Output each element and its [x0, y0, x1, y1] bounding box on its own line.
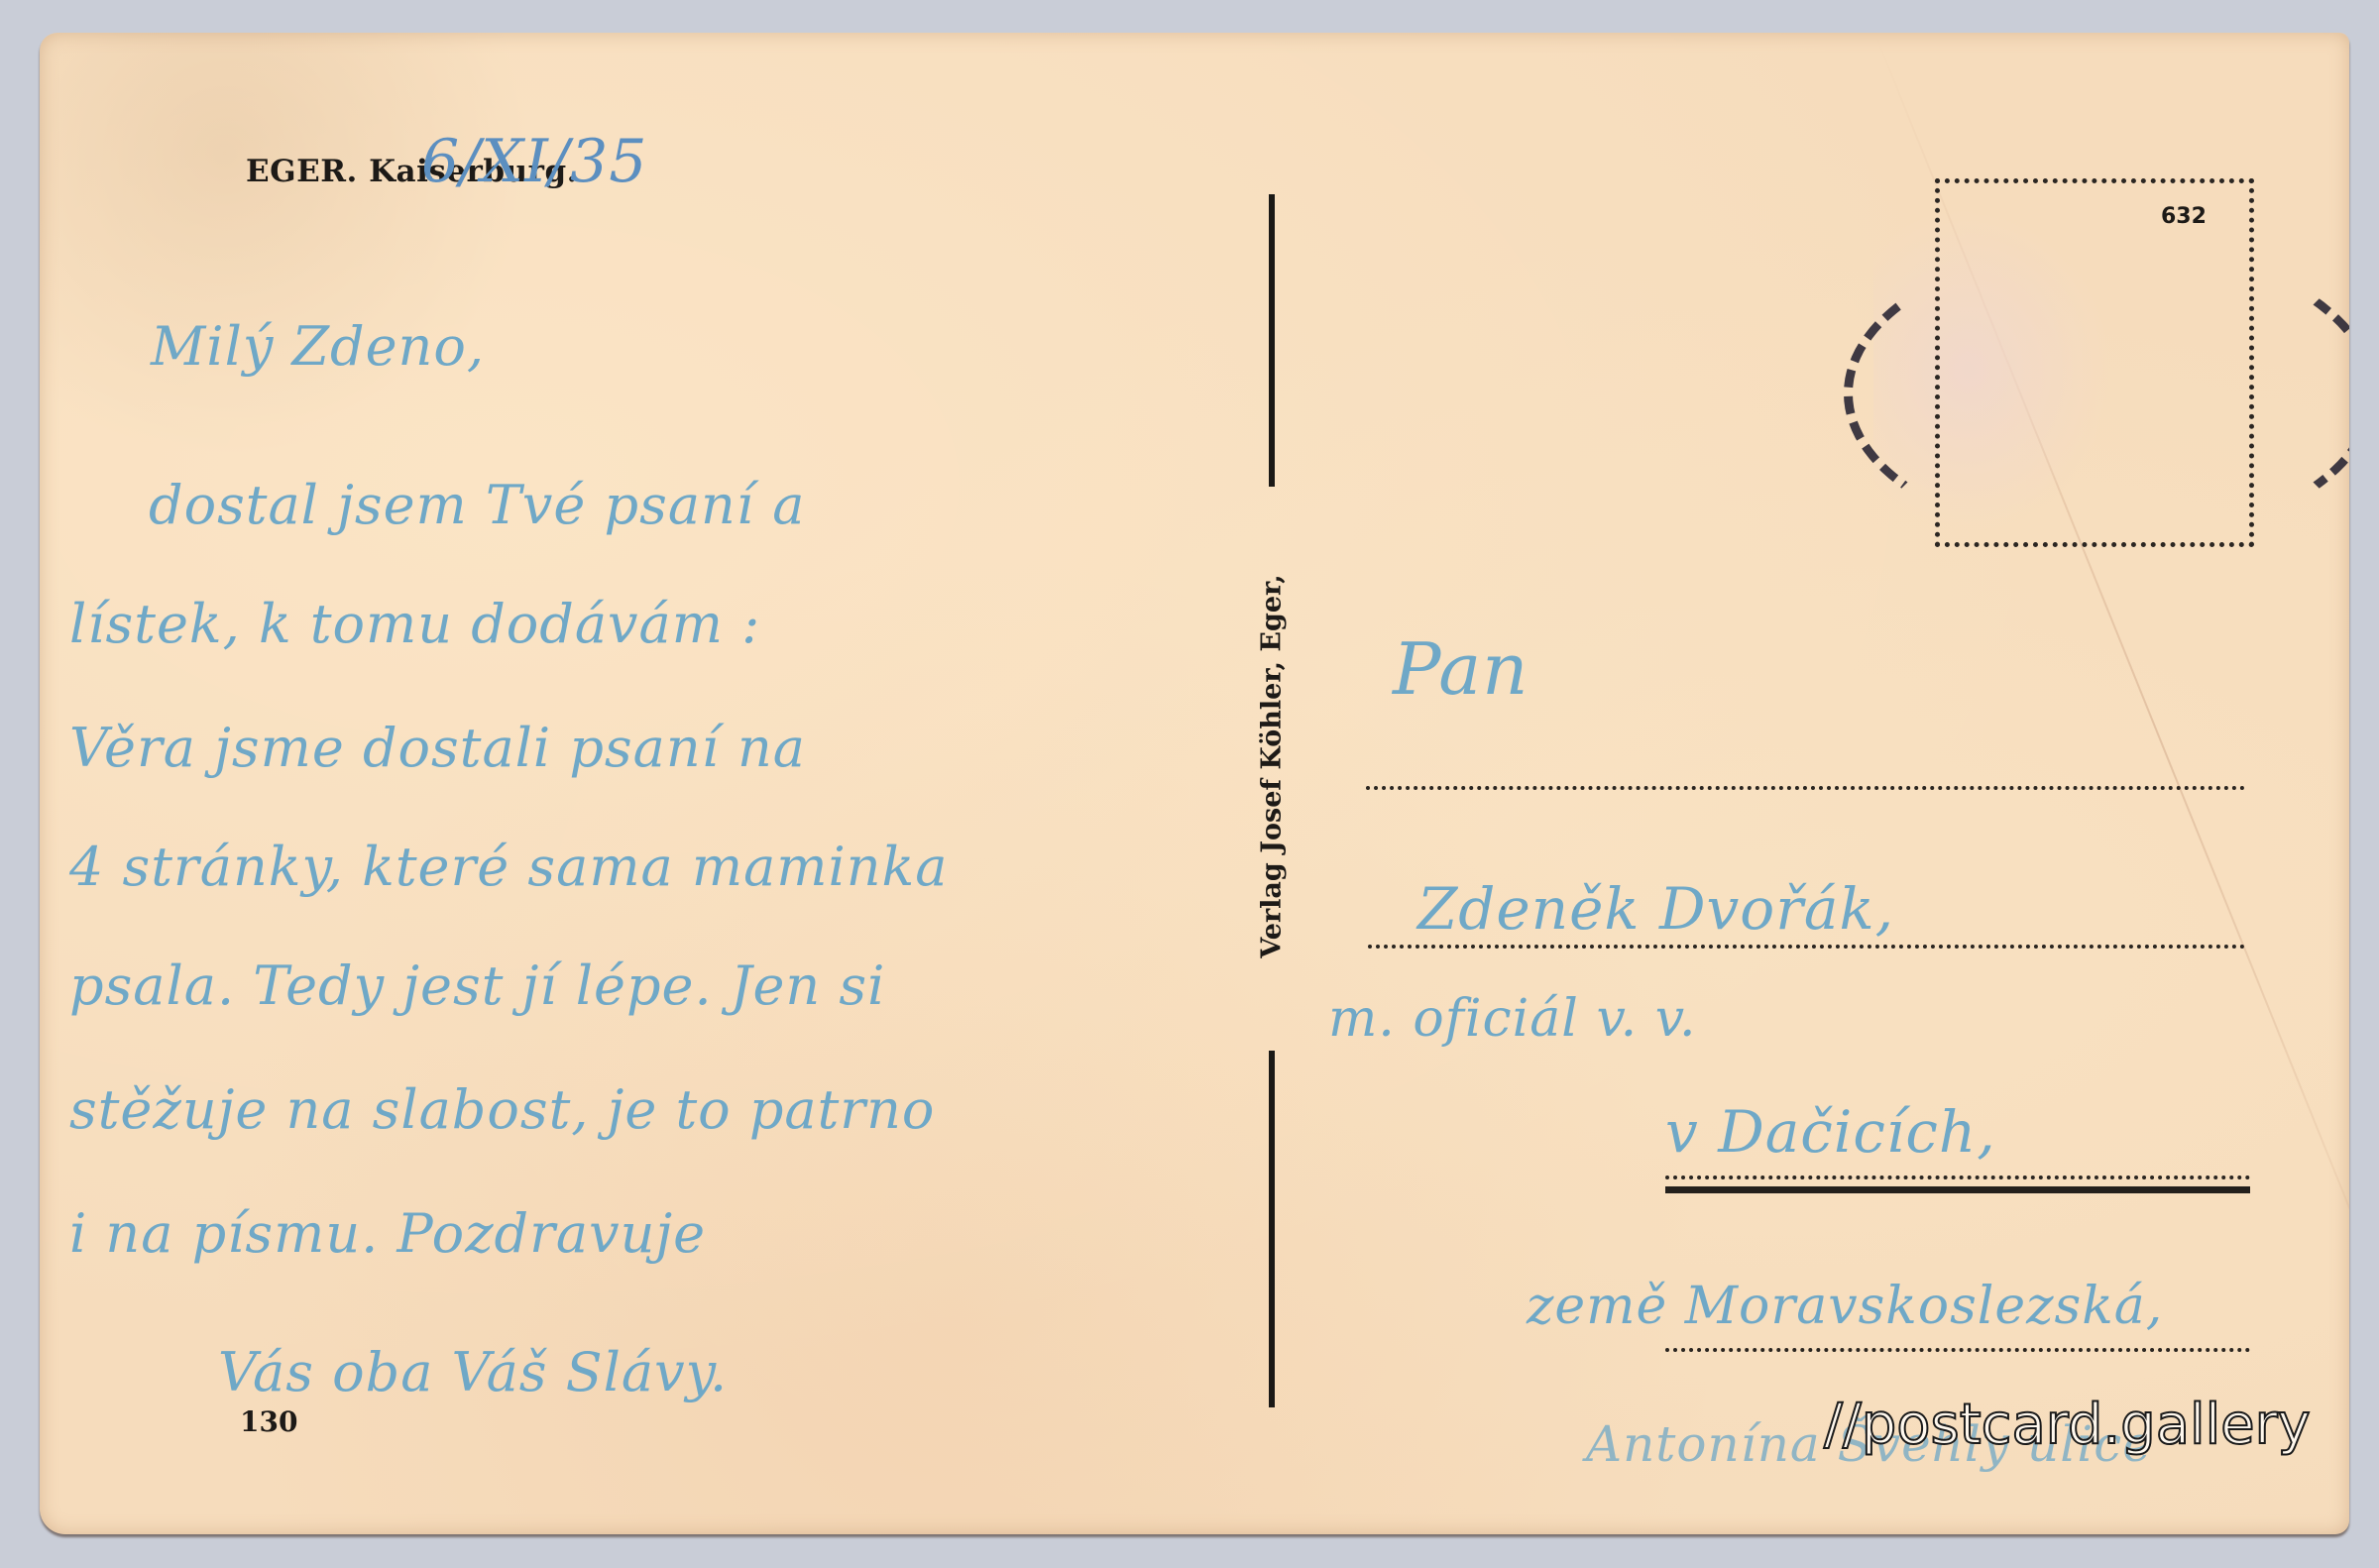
message-line: Milý Zdeno, [151, 315, 485, 378]
publisher-imprint: Verlag Josef Köhler, Eger, [1257, 574, 1288, 957]
stamp-box-number: 632 [2161, 204, 2207, 229]
handwritten-date: 6/XI/35 [421, 127, 647, 196]
address-rule [1368, 945, 2245, 949]
message-line: stěžuje na slabost, je to patrno [69, 1078, 935, 1141]
message-line: dostal jsem Tvé psaní a [149, 474, 805, 536]
address-line: Zdeněk Dvořák, [1417, 875, 1894, 943]
message-line: Věra jsme dostali psaní na [69, 717, 806, 779]
address-line: země Moravskoslezská, [1527, 1277, 2163, 1336]
message-line: lístek, k tomu dodávám : [69, 593, 760, 655]
message-line: i na písmu. Pozdravuje [69, 1202, 706, 1265]
watermark-text: //postcard.gallery [1824, 1393, 2311, 1457]
address-rule [1665, 1348, 2250, 1352]
stamp-box [1935, 178, 2254, 547]
message-line: Vás oba Váš Slávy. [218, 1341, 728, 1403]
divider-line-top [1269, 194, 1275, 487]
address-line: m. oficiál v. v. [1328, 989, 1696, 1049]
divider-line-bottom [1269, 1051, 1275, 1407]
message-line: psala. Tedy jest jí lépe. Jen si [69, 954, 885, 1017]
address-line: v Dačicích, [1665, 1098, 1996, 1166]
address-line: Pan [1393, 627, 1529, 711]
address-rule-solid [1665, 1186, 2250, 1193]
postcard-back: EGER. Kaiserburg. 130 6/XI/35 Milý Zdeno… [40, 33, 2349, 1534]
plate-number: 130 [240, 1405, 297, 1438]
message-line: 4 stránky, které sama maminka [69, 836, 948, 898]
address-rule [1665, 1176, 2250, 1179]
address-rule [1366, 786, 2245, 790]
